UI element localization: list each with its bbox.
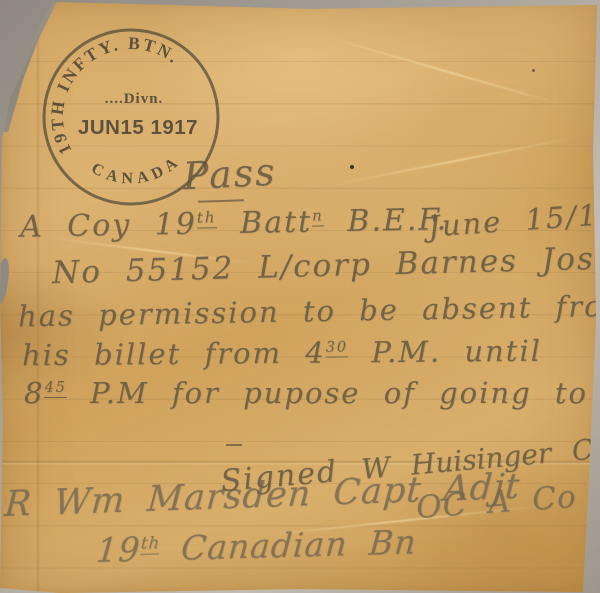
crease-line <box>332 136 578 186</box>
soldier-line: No 55152 L/corp Barnes Jos <box>52 241 596 291</box>
unit-text: A Coy 19 <box>20 207 197 245</box>
ordinal-suffix: n <box>312 206 324 226</box>
billet-text: his billet from 4 <box>22 336 326 373</box>
purpose-line: 845 P.M for pupose of going to Hersin <box>24 376 600 410</box>
purpose-text: P.M for pupose of going to Hersin <box>67 376 600 410</box>
battalion-text: Canadian Bn <box>158 523 418 569</box>
unit-line: A Coy 19th Battn B.E.F. <box>20 202 449 244</box>
billet-line: his billet from 430 P.M. until <box>22 334 542 373</box>
crease-line <box>315 33 575 109</box>
ordinal-suffix: th <box>197 208 217 228</box>
handwritten-date: June 15/17 <box>427 196 600 243</box>
unit-text: Batt <box>216 205 312 242</box>
battalion-number: 19 <box>95 530 142 570</box>
pass-title: Pass <box>182 150 278 199</box>
stamp-date-text: JUN15 1917 <box>78 116 198 139</box>
stamp-country-arc-text: CANADA <box>87 151 186 192</box>
purpose-text: 8 <box>24 376 44 410</box>
countersign-name: R Wm Marsden <box>3 474 312 525</box>
left-edge-notch <box>0 258 11 305</box>
ink-speck <box>532 69 535 72</box>
time-minutes: 45 <box>44 380 66 398</box>
stamp-division-text: ....Divn. <box>105 91 164 107</box>
pen-dash <box>226 444 242 446</box>
photo-frame: 19TH INFTY. BTN. ....Divn. JUN15 1917 CA… <box>0 0 600 593</box>
document-paper: 19TH INFTY. BTN. ....Divn. JUN15 1917 CA… <box>0 0 600 593</box>
time-minutes: 30 <box>326 340 349 358</box>
battalion-line: 19th Canadian Bn <box>95 523 418 570</box>
ordinal-suffix: th <box>140 533 161 555</box>
billet-text: P.M. until <box>348 334 542 370</box>
ink-speck <box>350 165 354 169</box>
permission-line: has permission to be absent from <box>18 289 600 334</box>
